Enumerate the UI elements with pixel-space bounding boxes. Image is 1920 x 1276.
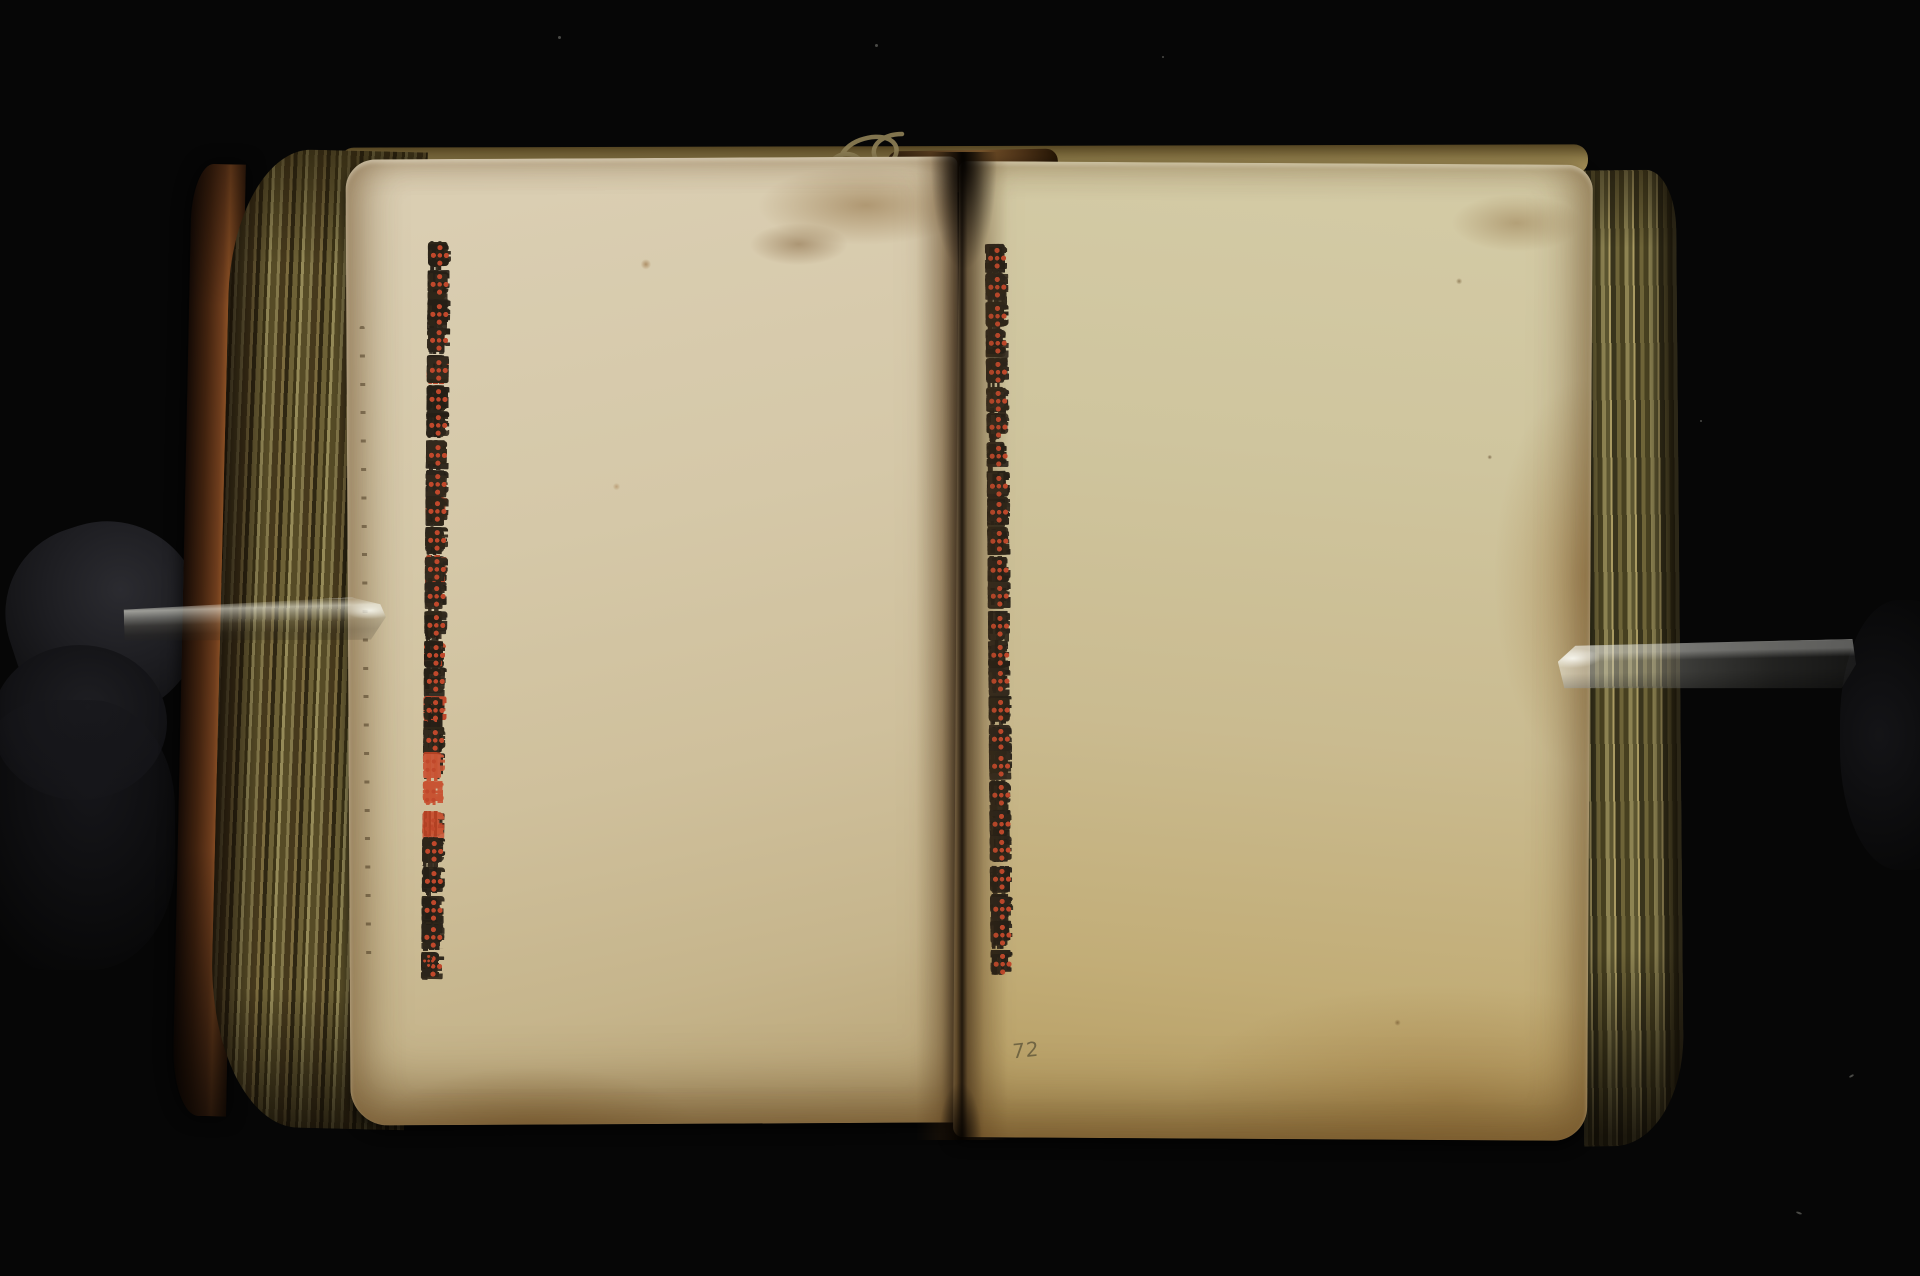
gloved-hand-left-arm [0,700,175,970]
section-mark-red [428,501,446,522]
section-mark-red [427,615,445,636]
section-mark-red [424,927,442,948]
acrylic-strip-right [1558,639,1857,694]
dust-speck [1849,1074,1854,1078]
section-mark-red [989,362,1007,383]
section-mark-red [429,389,447,410]
section-mark-red [428,559,446,580]
section-mark-red [429,445,447,466]
section-mark-red [430,304,448,325]
full-stop [423,785,438,805]
section-mark-red [424,900,442,921]
section-mark-red [989,332,1007,353]
section-mark-red [993,869,1011,890]
dust-speck [1162,56,1164,58]
section-mark-red [990,531,1008,552]
section-mark-red [991,586,1009,607]
section-mark-red [427,671,445,692]
full-stop [423,755,438,775]
section-mark-red [430,274,448,295]
section-mark-red [992,700,1010,721]
section-mark-red [992,755,1010,776]
section-mark-red [429,474,447,495]
dust-speck [558,36,561,39]
section-mark-red [993,898,1011,919]
section-mark-red [425,871,443,892]
section-mark-red [988,306,1006,327]
dust-speck [1700,420,1702,422]
dust-speck [1796,1211,1802,1215]
section-mark-red [426,700,444,721]
section-mark-red [991,615,1009,636]
right-page-text [985,241,1591,1006]
section-mark-red [992,785,1010,806]
section-mark-red [994,954,1012,975]
section-mark-red [993,925,1011,946]
section-mark-red [988,248,1006,269]
section-mark-red [427,645,445,666]
section-mark-red [428,530,446,551]
section-mark-red [991,645,1009,666]
full-stop [422,814,437,834]
folio-number-pencil: 72 [1012,1037,1040,1064]
section-mark-red [990,475,1008,496]
section-mark-red [990,560,1008,581]
section-mark-red [989,391,1007,412]
section-mark-red [425,841,443,862]
section-mark-red [430,330,448,351]
section-mark-red [990,446,1008,467]
photograph: 72 [0,0,1920,1276]
dust-speck [875,44,878,47]
section-mark-red [431,245,449,266]
section-mark-red [992,729,1010,750]
section-mark-red [426,730,444,751]
section-mark-red [993,840,1011,861]
section-mark-red [991,671,1009,692]
section-mark-red [423,955,434,968]
left-page-text [421,243,988,1008]
section-mark-red [992,814,1010,835]
section-mark-red [989,417,1007,438]
section-mark-red [988,277,1006,298]
section-mark-red [429,415,447,436]
section-mark-red [428,586,446,607]
section-mark-red [430,360,448,381]
section-mark-red [990,502,1008,523]
